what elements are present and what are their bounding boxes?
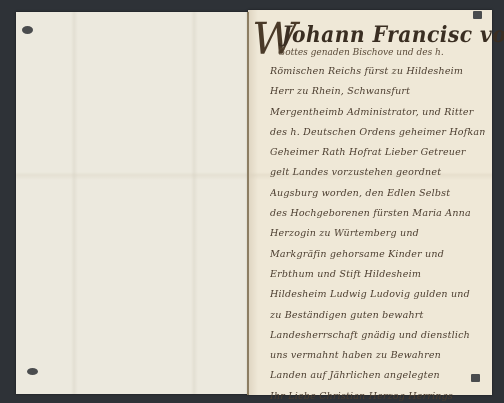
heading-subline: Gottes genaden Bischove und des h. [278,48,444,58]
manuscript-line: Augsburg worden, den Edlen Selbst [270,184,485,204]
manuscript-line: Römischen Reichs fürst zu Hildesheim [270,62,485,82]
manuscript-line: Geheimer Rath Hofrat Lieber Getreuer [270,143,485,163]
manuscript-line: Herr zu Rhein, Schwansfurt [270,82,485,102]
corner-weight-bottom-right [471,374,480,382]
manuscript-line: Erbthum und Stift Hildesheim [270,265,485,285]
manuscript-line: Landesherrschaft gnädig und dienstlich [270,326,485,346]
book-spine-fold [247,12,249,395]
right-page-manuscript: W Johann Francisc von Gottes genaden Bis… [248,10,492,395]
manuscript-line: Hildesheim Ludwig Ludovig gulden und [270,285,485,305]
manuscript-line: Landen auf Jährlichen angelegten [270,366,485,386]
manuscript-line: Herzogin zu Würtemberg und [270,224,485,244]
corner-weight-bottom-left [27,368,38,375]
manuscript-body: Römischen Reichs fürst zu Hildesheim Her… [270,62,485,403]
manuscript-line: Mergentheimb Administrator, und Ritter [270,103,485,123]
manuscript-line: des h. Deutschen Ordens geheimer Hofkamm… [270,123,485,143]
manuscript-line: uns vermahnt haben zu Bewahren [270,346,485,366]
left-page-blank [16,12,248,394]
corner-weight-top-left [22,26,33,34]
heading-title: Johann Francisc von [282,22,504,48]
manuscript-line: Markgräfin gehorsame Kinder und [270,245,485,265]
manuscript-line: des Hochgeborenen fürsten Maria Anna [270,204,485,224]
corner-weight-top-right [473,11,482,19]
manuscript-line: gelt Landes vorzustehen geordnet [270,163,485,183]
manuscript-line: Ihr Liebe Christian Herzog Herrings [270,387,485,403]
manuscript-line: zu Beständigen guten bewahrt [270,306,485,326]
